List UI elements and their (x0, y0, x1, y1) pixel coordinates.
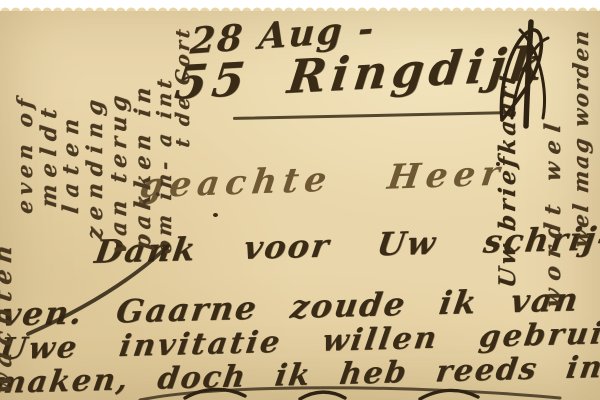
left-margin-note-1: wachten (0, 238, 17, 396)
ink-dot (213, 213, 218, 217)
left-margin-note-2: even of (12, 92, 37, 215)
right-margin-note-3: wel mag worden (568, 27, 593, 249)
left-margin-note-4: laten (58, 109, 84, 215)
cutoff-line-stroke (300, 392, 345, 399)
ink-dot (496, 162, 500, 166)
salutation-line: geachte Heer (137, 154, 508, 207)
right-margin-note-2: wordt wel (540, 114, 566, 309)
address-underline (233, 111, 516, 120)
postcard-paper: 28 Aug - 55 Ringdijk geachte Heer Dank v… (0, 0, 600, 400)
left-margin-note-6: van terug (106, 89, 132, 255)
left-margin-note-5: zending (82, 91, 108, 241)
perforated-edge (0, 0, 600, 11)
left-margin-note-9: t de Cort (172, 25, 194, 149)
cutoff-line-stroke (420, 390, 478, 399)
right-margin-note-1: Uw briefkaart (494, 69, 521, 289)
